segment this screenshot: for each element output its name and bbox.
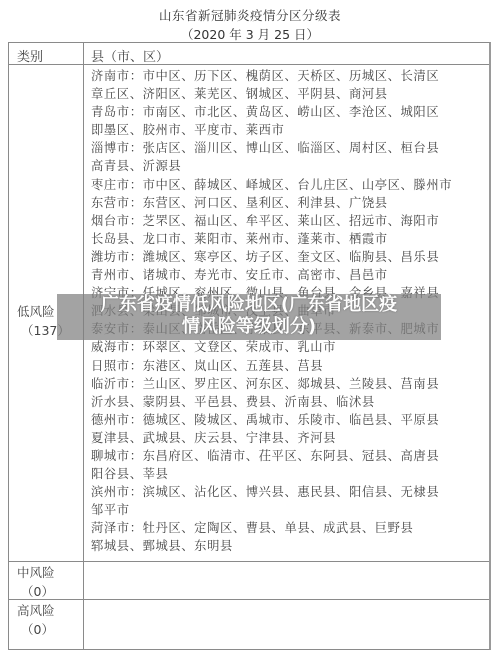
caption-overlay-text: 广东省疫情低风险地区(广东省地区疫 情风险等级划分)	[57, 294, 441, 338]
header-regions: 县（市、区）	[91, 46, 169, 65]
caption-line-2: 情风险等级划分)	[57, 316, 441, 338]
region-line: 东营市：东营区、河口区、垦利区、利津县、广饶县	[91, 194, 485, 212]
region-line: 聊城市：东昌府区、临清市、茌平区、东阿县、冠县、高唐县	[91, 447, 485, 465]
region-line: 阳谷县、莘县	[91, 465, 485, 483]
table-row-medium-risk: 中风险 （0）	[9, 562, 489, 600]
region-line: 沂水县、蒙阴县、平邑县、费县、沂南县、临沭县	[91, 393, 485, 411]
region-line: 淄博市：张店区、淄川区、博山区、临淄区、周村区、桓台县	[91, 139, 485, 157]
region-line: 长岛县、龙口市、莱阳市、莱州市、蓬莱市、栖霞市	[91, 230, 485, 248]
table-header-row: 类别 县（市、区）	[9, 43, 489, 65]
region-line: 济南市：市中区、历下区、槐荫区、天桥区、历城区、长清区	[91, 67, 485, 85]
region-line: 即墨区、胶州市、平度市、莱西市	[91, 121, 485, 139]
region-line: 德州市：德城区、陵城区、禹城市、乐陵市、临邑县、平原县	[91, 411, 485, 429]
category-label: 低风险	[17, 302, 55, 320]
region-line: 滨州市：滨城区、沾化区、博兴县、惠民县、阳信县、无棣县	[91, 483, 485, 501]
document-title: 山东省新冠肺炎疫情分区分级表	[0, 6, 500, 24]
region-line: 潍坊市：潍城区、寒亭区、坊子区、奎文区、临朐县、昌乐县	[91, 248, 485, 266]
region-line: 郓城县、鄄城县、东明县	[91, 537, 485, 555]
region-line: 菏泽市：牡丹区、定陶区、曹县、单县、成武县、巨野县	[91, 519, 485, 537]
category-label: 高风险	[17, 601, 55, 619]
category-cell-high-risk: 高风险 （0）	[9, 600, 83, 649]
table-row-high-risk: 高风险 （0）	[9, 600, 489, 649]
category-cell-medium-risk: 中风险 （0）	[9, 562, 83, 600]
region-line: 枣庄市：市中区、薛城区、峄城区、台儿庄区、山亭区、滕州市	[91, 176, 485, 194]
region-line: 威海市：环翠区、文登区、荣成市、乳山市	[91, 338, 485, 356]
risk-level-table: 类别 县（市、区） 低风险 （137） 济南市：市中区、历下区、槐荫区、天桥区、…	[8, 42, 491, 650]
category-label: 中风险	[17, 563, 55, 581]
category-count: （0）	[21, 582, 54, 600]
region-line: 章丘区、济阳区、莱芜区、钢城区、平阴县、商河县	[91, 85, 485, 103]
header-category: 类别	[17, 46, 43, 65]
region-line: 高青县、沂源县	[91, 157, 485, 175]
region-line: 青州市、诸城市、寿光市、安丘市、高密市、昌邑市	[91, 266, 485, 284]
region-line: 青岛市：市南区、市北区、黄岛区、崂山区、李沧区、城阳区	[91, 103, 485, 121]
caption-line-1: 广东省疫情低风险地区(广东省地区疫	[57, 294, 441, 316]
region-line: 邹平市	[91, 501, 485, 519]
category-count: （0）	[21, 620, 54, 638]
document-date: （2020 年 3 月 25 日）	[0, 25, 500, 43]
region-line: 夏津县、武城县、庆云县、宁津县、齐河县	[91, 429, 485, 447]
region-line: 日照市：东港区、岚山区、五莲县、莒县	[91, 357, 485, 375]
region-line: 烟台市：芝罘区、福山区、牟平区、莱山区、招远市、海阳市	[91, 212, 485, 230]
region-line: 临沂市：兰山区、罗庄区、河东区、郯城县、兰陵县、莒南县	[91, 375, 485, 393]
